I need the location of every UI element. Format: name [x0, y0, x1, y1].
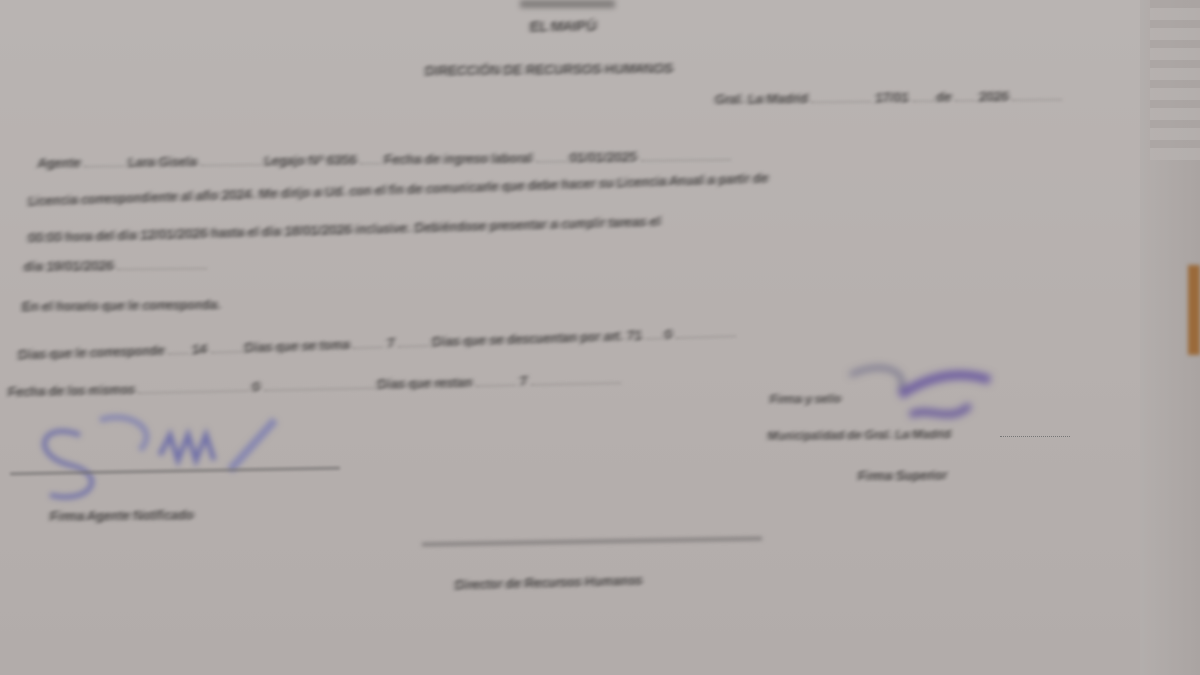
body-line-4: En el horario que le corresponda.	[22, 297, 221, 314]
stamp-line-2: Municipalidad de Gral. La Madrid	[768, 427, 951, 443]
dotted-fill	[1012, 99, 1062, 101]
department-title: DIRECCIÓN DE RECURSOS HUMANOS	[425, 61, 673, 79]
date-day-month: 17/01	[875, 90, 909, 105]
dotted-fill	[264, 388, 374, 391]
dotted-fill	[646, 338, 661, 339]
dotted-fill	[201, 164, 261, 166]
agent-value: Lara Gisela	[128, 154, 197, 170]
dotted-fill	[676, 336, 736, 339]
fecha-label: Fecha de los mismos	[8, 382, 135, 400]
header-logo	[520, 0, 615, 8]
legajo-value: 6356	[327, 152, 357, 167]
legajo-label: Legajo Nº	[264, 153, 323, 169]
dotted-fill	[1000, 435, 1070, 437]
date-year: 2026	[979, 89, 1009, 104]
dotted-fill	[641, 159, 731, 161]
ingreso-value: 01/01/2025	[570, 149, 637, 165]
restan-value: 7	[520, 374, 528, 389]
dotted-fill	[913, 101, 933, 102]
agent-label: Agente	[38, 155, 81, 170]
table-surface	[1188, 265, 1200, 355]
superior-signature-label: Firma Superior	[858, 468, 947, 484]
days-descuentan-value: 0	[664, 327, 672, 342]
restan-label: Días que restan	[377, 375, 472, 392]
date-sep: de	[936, 89, 951, 104]
background-stack	[1150, 0, 1200, 160]
dotted-fill	[811, 101, 871, 103]
dotted-fill	[84, 166, 124, 167]
dotted-fill	[360, 163, 380, 164]
dotted-fill	[117, 268, 207, 270]
place: Gral. La Madrid	[715, 91, 808, 107]
days-toma-value: 7	[387, 335, 395, 350]
dotted-fill	[531, 383, 621, 386]
body-line-3: día 19/01/2026	[24, 257, 208, 274]
dotted-fill	[211, 351, 241, 353]
stamp-line-1: Firma y sello	[770, 392, 841, 407]
ingreso-label: Fecha de ingreso laboral	[384, 150, 532, 167]
return-date: día 19/01/2026	[24, 258, 114, 274]
days-corresponde-value: 14	[192, 341, 207, 356]
dotted-fill	[955, 100, 975, 101]
agent-signature	[20, 410, 300, 520]
dotted-fill	[476, 385, 516, 387]
dotted-fill	[536, 161, 566, 162]
agent-signature-label: Firma Agente Notificado	[50, 507, 193, 524]
dotted-fill	[353, 347, 383, 349]
fecha-value: 0	[252, 379, 260, 394]
dotted-fill	[398, 345, 428, 347]
org-name: EL MAIPÚ	[530, 18, 597, 35]
dotted-fill	[168, 353, 188, 355]
dotted-fill	[139, 390, 249, 393]
